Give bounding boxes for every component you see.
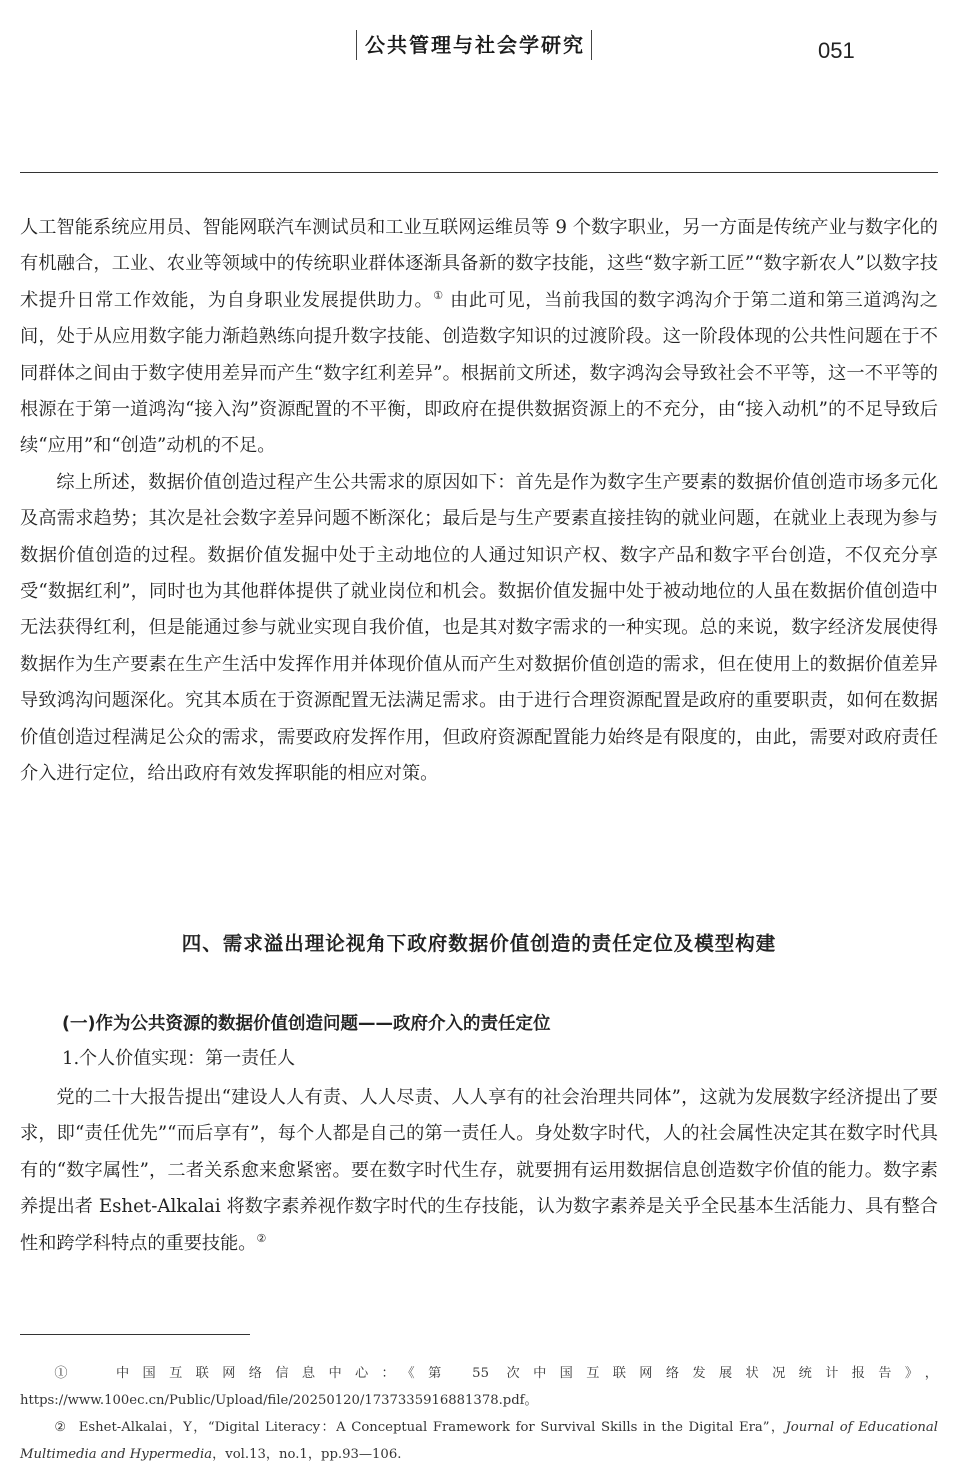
- footnotes: ① 中国互联网络信息中心：《第 55 次中国互联网络发展状况统计报告》，http…: [20, 1360, 938, 1468]
- subsubsection-heading: 1.个人价值实现：第一责任人: [62, 1044, 295, 1070]
- section-heading: 四、需求溢出理论视角下政府数据价值创造的责任定位及模型构建: [0, 928, 958, 956]
- footnote-marker: ②: [54, 1420, 67, 1435]
- footnote-2: ② Eshet-Alkalai，Y，“Digital Literacy：A Co…: [20, 1414, 938, 1468]
- paragraph: 党的二十大报告提出“建设人人有责、人人尽责、人人享有的社会治理共同体”，这就为发…: [20, 1080, 938, 1262]
- page-number: 051: [818, 38, 855, 64]
- footnote-rule: [20, 1334, 250, 1335]
- footnote-marker: ①: [54, 1366, 81, 1381]
- paragraph: 综上所述，数据价值创造过程产生公共需求的原因如下：首先是作为数字生产要素的数据价…: [20, 465, 938, 793]
- header-rule: [20, 172, 938, 173]
- footnote-text: 中国互联网络信息中心：《第 55 次中国互联网络发展状况统计报告》，https:…: [20, 1366, 938, 1408]
- footnote-ref[interactable]: ①: [433, 289, 443, 302]
- paragraph: 人工智能系统应用员、智能网联汽车测试员和工业互联网运维员等 9 个数字职业，另一…: [20, 210, 938, 465]
- body-top: 人工智能系统应用员、智能网联汽车测试员和工业互联网运维员等 9 个数字职业，另一…: [20, 210, 938, 793]
- footnote-text: ，vol.13，no.1，pp.93—106.: [212, 1447, 401, 1462]
- body-section: 党的二十大报告提出“建设人人有责、人人尽责、人人享有的社会治理共同体”，这就为发…: [20, 1080, 938, 1262]
- footnote-ref[interactable]: ②: [256, 1232, 266, 1245]
- journal-section-title: 公共管理与社会学研究: [356, 30, 592, 60]
- footnote-text: Eshet-Alkalai，Y，“Digital Literacy：A Conc…: [79, 1420, 786, 1435]
- paragraph-text: 由此可见，当前我国的数字鸿沟介于第二道和第三道鸿沟之间，处于从应用数字能力渐趋熟…: [20, 290, 938, 457]
- footnote-1: ① 中国互联网络信息中心：《第 55 次中国互联网络发展状况统计报告》，http…: [20, 1360, 938, 1414]
- subsection-heading: (一)作为公共资源的数据价值创造问题——政府介入的责任定位: [62, 1010, 551, 1035]
- paragraph-text: 党的二十大报告提出“建设人人有责、人人尽责、人人享有的社会治理共同体”，这就为发…: [20, 1087, 938, 1254]
